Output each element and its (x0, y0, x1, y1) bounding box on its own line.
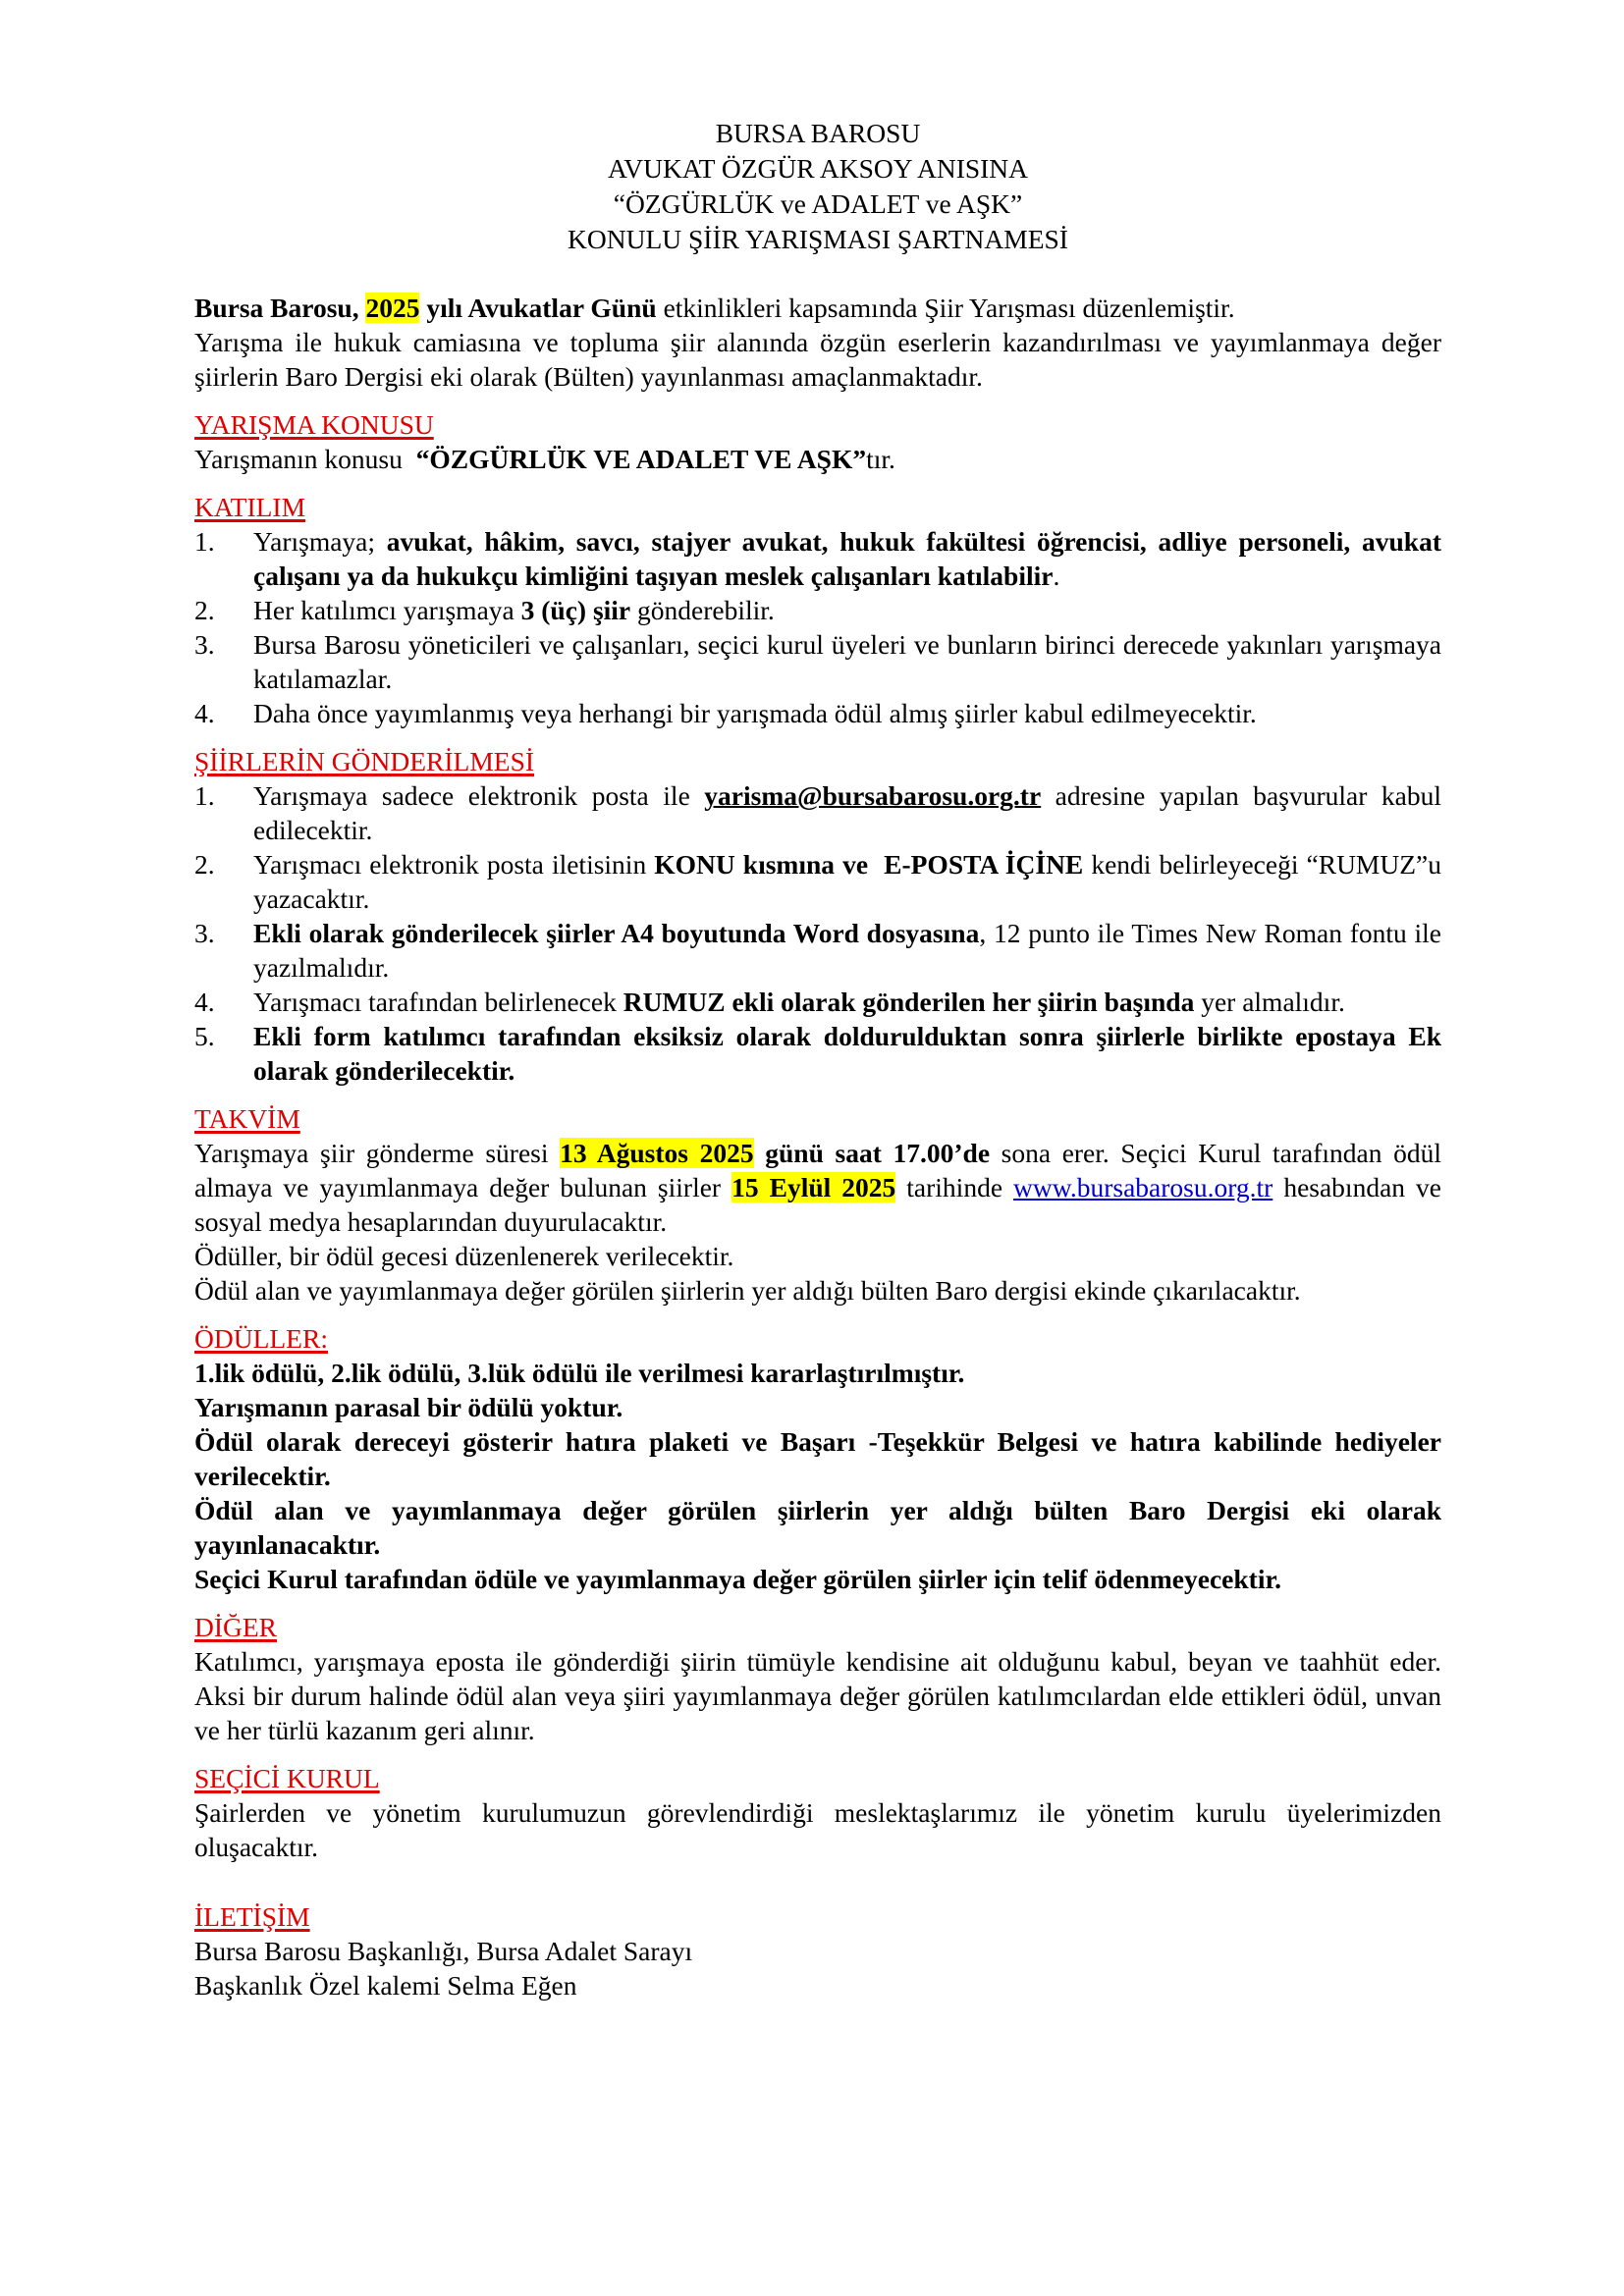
section-heading: TAKVİM (194, 1101, 300, 1136)
item-number: 4. (194, 985, 215, 1019)
konu-text: tır. (866, 444, 895, 474)
takvim-text: günü saat 17.00’de (754, 1138, 990, 1168)
item-text: gönderebilir. (630, 595, 775, 625)
item-text: Her katılımcı yarışmaya (253, 595, 521, 625)
konu-text: Yarışmanın konusu (194, 444, 416, 474)
award-line: 1.lik ödülü, 2.lik ödülü, 3.lük ödülü il… (194, 1356, 1441, 1390)
list-item: 5.Ekli form katılımcı tarafından eksiksi… (194, 1019, 1441, 1088)
list-item: 1.Yarışmaya; avukat, hâkim, savcı, stajy… (194, 524, 1441, 593)
list-item: 2.Yarışmacı elektronik posta iletisinin … (194, 847, 1441, 916)
intro-paragraph: Bursa Barosu, 2025 yılı Avukatlar Günü e… (194, 291, 1441, 394)
item-number: 2. (194, 593, 215, 627)
email-link[interactable]: yarisma@bursabarosu.org.tr (704, 780, 1041, 811)
item-text-bold: Ekli form katılımcı tarafından eksiksiz … (253, 1021, 1441, 1086)
document-title: BURSA BAROSU AVUKAT ÖZGÜR AKSOY ANISINA … (194, 116, 1441, 257)
list-item: 4.Yarışmacı tarafından belirlenecek RUMU… (194, 985, 1441, 1019)
item-text-bold: avukat, hâkim, savcı, stajyer avukat, hu… (253, 526, 1441, 591)
item-text: Yarışmaya sadece elektronik posta ile (253, 780, 704, 811)
award-line: Ödül alan ve yayımlanmaya değer görülen … (194, 1493, 1441, 1562)
item-number: 2. (194, 847, 215, 881)
list-item: 2.Her katılımcı yarışmaya 3 (üç) şiir gö… (194, 593, 1441, 627)
section-katilim: KATILIM 1.Yarışmaya; avukat, hâkim, savc… (194, 490, 1441, 730)
section-diger: DİĞER Katılımcı, yarışmaya eposta ile gö… (194, 1610, 1441, 1747)
award-line: Seçici Kurul tarafından ödüle ve yayımla… (194, 1562, 1441, 1596)
section-gonderim: ŞİİRLERİN GÖNDERİLMESİ 1.Yarışmaya sadec… (194, 744, 1441, 1088)
list-item: 3.Bursa Barosu yöneticileri ve çalışanla… (194, 627, 1441, 696)
section-heading: YARIŞMA KONUSU (194, 407, 434, 442)
section-heading: KATILIM (194, 490, 305, 524)
item-number: 5. (194, 1019, 215, 1053)
secici-text: Şairlerden ve yönetim kurulumuzun görevl… (194, 1795, 1441, 1864)
section-heading: ŞİİRLERİN GÖNDERİLMESİ (194, 744, 534, 778)
list-item: 4.Daha önce yayımlanmış veya herhangi bi… (194, 696, 1441, 730)
list-item: 1.Yarışmaya sadece elektronik posta ile … (194, 778, 1441, 847)
contact-line: Bursa Barosu Başkanlığı, Bursa Adalet Sa… (194, 1934, 1441, 1968)
item-number: 4. (194, 696, 215, 730)
item-text-bold: Ekli olarak gönderilecek şiirler A4 boyu… (253, 918, 979, 948)
item-number: 1. (194, 778, 215, 813)
takvim-text: Ödüller, bir ödül gecesi düzenlenerek ve… (194, 1239, 1441, 1273)
section-iletisim: İLETİŞİM Bursa Barosu Başkanlığı, Bursa … (194, 1899, 1441, 2002)
item-text: Yarışmacı elektronik posta iletisinin (253, 849, 654, 880)
section-heading: DİĞER (194, 1610, 277, 1644)
list-item: 3.Ekli olarak gönderilecek şiirler A4 bo… (194, 916, 1441, 985)
item-text-bold: KONU kısmına ve E-POSTA İÇİNE (654, 849, 1083, 880)
item-text-bold: RUMUZ ekli olarak gönderilen her şiirin … (623, 987, 1195, 1017)
announcement-date: 15 Eylül 2025 (731, 1172, 895, 1202)
takvim-text: Ödül alan ve yayımlanmaya değer görülen … (194, 1273, 1441, 1308)
intro-text: Bursa Barosu, (194, 293, 365, 323)
diger-text: Katılımcı, yarışmaya eposta ile gönderdi… (194, 1644, 1441, 1747)
section-secici: SEÇİCİ KURUL Şairlerden ve yönetim kurul… (194, 1761, 1441, 1864)
section-takvim: TAKVİM Yarışmaya şiir gönderme süresi 13… (194, 1101, 1441, 1308)
year-highlight: 2025 (365, 293, 419, 323)
award-line: Yarışmanın parasal bir ödülü yoktur. (194, 1390, 1441, 1424)
title-line: “ÖZGÜRLÜK ve ADALET ve AŞK” (194, 187, 1441, 222)
section-konu: YARIŞMA KONUSU Yarışmanın konusu “ÖZGÜRL… (194, 407, 1441, 476)
intro-text: Yarışma ile hukuk camiasına ve topluma ş… (194, 325, 1441, 394)
website-link[interactable]: www.bursabarosu.org.tr (1013, 1172, 1272, 1202)
section-heading: İLETİŞİM (194, 1899, 310, 1934)
title-line: KONULU ŞİİR YARIŞMASI ŞARTNAMESİ (194, 222, 1441, 257)
deadline-date: 13 Ağustos 2025 (560, 1138, 753, 1168)
award-line: Ödül olarak dereceyi gösterir hatıra pla… (194, 1424, 1441, 1493)
title-line: BURSA BAROSU (194, 116, 1441, 151)
item-number: 3. (194, 916, 215, 950)
item-text-bold: 3 (üç) şiir (521, 595, 631, 625)
item-number: 1. (194, 524, 215, 559)
item-text: Bursa Barosu yöneticileri ve çalışanları… (253, 629, 1441, 694)
contact-line: Başkanlık Özel kalemi Selma Eğen (194, 1968, 1441, 2002)
item-text: yer almalıdır. (1194, 987, 1345, 1017)
takvim-text: tarihinde (895, 1172, 1013, 1202)
section-heading: ÖDÜLLER: (194, 1321, 328, 1356)
item-number: 3. (194, 627, 215, 662)
section-heading: SEÇİCİ KURUL (194, 1761, 380, 1795)
item-text: Yarışmaya; (253, 526, 387, 557)
takvim-text: Yarışmaya şiir gönderme süresi (194, 1138, 560, 1168)
konu-theme: “ÖZGÜRLÜK VE ADALET VE AŞK” (416, 444, 866, 474)
item-text: Yarışmacı tarafından belirlenecek (253, 987, 623, 1017)
section-oduller: ÖDÜLLER: 1.lik ödülü, 2.lik ödülü, 3.lük… (194, 1321, 1441, 1596)
item-text: . (1053, 561, 1059, 591)
intro-text: yılı Avukatlar Günü (419, 293, 656, 323)
item-text: Daha önce yayımlanmış veya herhangi bir … (253, 698, 1257, 728)
document-page: BURSA BAROSU AVUKAT ÖZGÜR AKSOY ANISINA … (194, 116, 1441, 2002)
intro-text: etkinlikleri kapsamında Şiir Yarışması d… (657, 293, 1235, 323)
title-line: AVUKAT ÖZGÜR AKSOY ANISINA (194, 151, 1441, 187)
